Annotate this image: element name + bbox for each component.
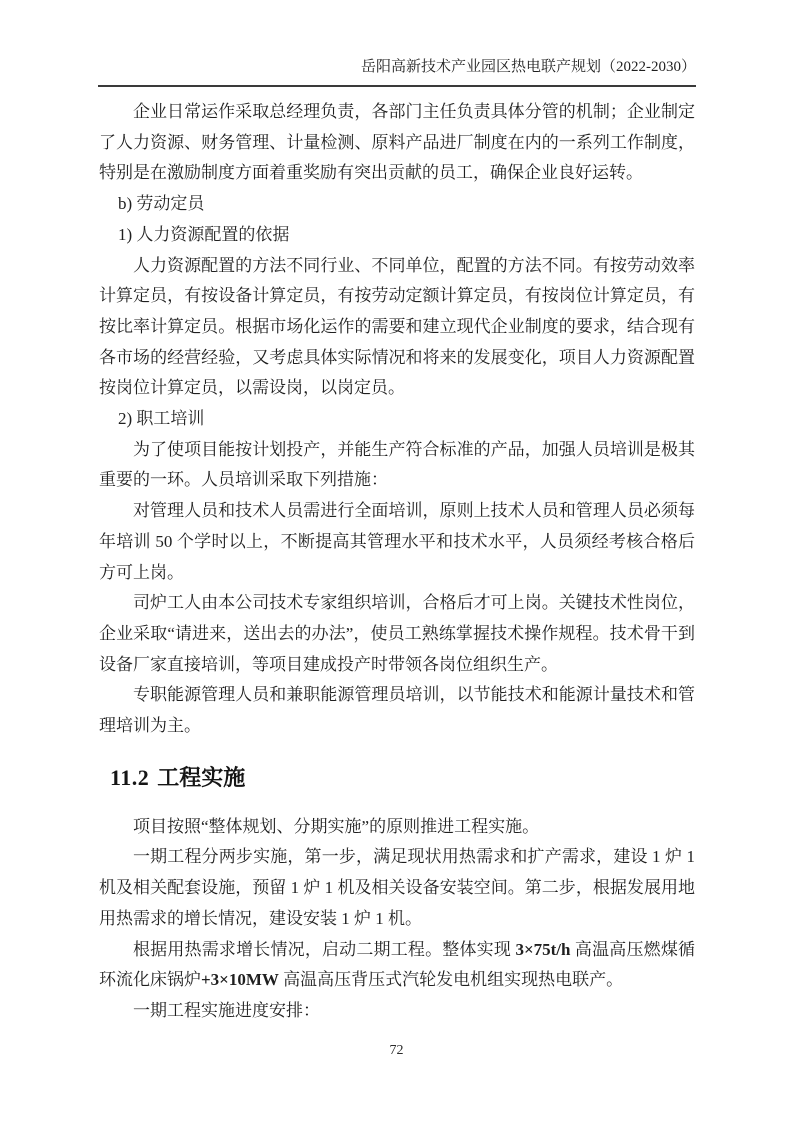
text-run: 一期工程实施进度安排： (133, 1001, 320, 1020)
text-run: 专职能源管理人员和兼职能源管理员培训，以节能技术和能源计量技术和管理培训为主。 (99, 685, 695, 735)
text-run: 一期工程分两步实施，第一步，满足现状用热需求和扩产需求，建设 1 炉 1 机及相… (99, 847, 695, 927)
list-item: 2) 职工培训 (99, 404, 695, 435)
page-footer: 72 (0, 1042, 793, 1060)
page-number: 72 (390, 1043, 404, 1058)
text-run: 人力资源配置的方法不同行业、不同单位，配置的方法不同。有按劳动效率计算定员，有按… (99, 256, 695, 398)
paragraph: 一期工程分两步实施，第一步，满足现状用热需求和扩产需求，建设 1 炉 1 机及相… (99, 842, 695, 934)
list-item: 1) 人力资源配置的依据 (99, 220, 695, 251)
paragraph: 根据用热需求增长情况，启动二期工程。整体实现 3×75t/h 高温高压燃煤循环流… (99, 935, 695, 996)
list-item: b) 劳动定员 (99, 189, 695, 220)
paragraph: 一期工程实施进度安排： (99, 996, 695, 1027)
text-run: b) 劳动定员 (118, 194, 204, 213)
paragraph: 司炉工人由本公司技术专家组织培训，合格后才可上岗。关键技术性岗位，企业采取“请进… (99, 588, 695, 680)
text-run: 工程实施 (157, 765, 245, 790)
text-run: 11.2 (110, 765, 149, 790)
paragraph: 项目按照“整体规划、分期实施”的原则推进工程实施。 (99, 812, 695, 843)
text-run: +3×10MW (201, 970, 279, 989)
text-run: 司炉工人由本公司技术专家组织培训，合格后才可上岗。关键技术性岗位，企业采取“请进… (99, 593, 695, 673)
text-run: 为了使项目能按计划投产，并能生产符合标准的产品，加强人员培训是极其重要的一环。人… (99, 440, 695, 490)
paragraph: 人力资源配置的方法不同行业、不同单位，配置的方法不同。有按劳动效率计算定员，有按… (99, 251, 695, 405)
document-page: 岳阳高新技术产业园区热电联产规划（2022-2030） 企业日常运作采取总经理负… (0, 0, 793, 1122)
text-run: 企业日常运作采取总经理负责，各部门主任负责具体分管的机制；企业制定了人力资源、财… (99, 102, 695, 182)
paragraph: 专职能源管理人员和兼职能源管理员培训，以节能技术和能源计量技术和管理培训为主。 (99, 680, 695, 741)
paragraph: 对管理人员和技术人员需进行全面培训，原则上技术人员和管理人员必须每年培训 50 … (99, 496, 695, 588)
section-heading: 11.2工程实施 (99, 760, 695, 796)
text-run: 3×75t/h (515, 940, 570, 959)
paragraph: 为了使项目能按计划投产，并能生产符合标准的产品，加强人员培训是极其重要的一环。人… (99, 435, 695, 496)
paragraph: 企业日常运作采取总经理负责，各部门主任负责具体分管的机制；企业制定了人力资源、财… (99, 97, 695, 189)
page-header: 岳阳高新技术产业园区热电联产规划（2022-2030） (98, 0, 696, 87)
text-run: 1) 人力资源配置的依据 (118, 225, 289, 244)
header-title: 岳阳高新技术产业园区热电联产规划（2022-2030） (361, 59, 696, 75)
text-run: 对管理人员和技术人员需进行全面培训，原则上技术人员和管理人员必须每年培训 50 … (99, 501, 695, 581)
text-run: 2) 职工培训 (118, 409, 204, 428)
text-run: 根据用热需求增长情况，启动二期工程。整体实现 (133, 940, 515, 959)
text-run: 高温高压背压式汽轮发电机组实现热电联产。 (279, 970, 623, 989)
document-body: 企业日常运作采取总经理负责，各部门主任负责具体分管的机制；企业制定了人力资源、财… (99, 97, 695, 1027)
text-run: 项目按照“整体规划、分期实施”的原则推进工程实施。 (133, 817, 539, 836)
